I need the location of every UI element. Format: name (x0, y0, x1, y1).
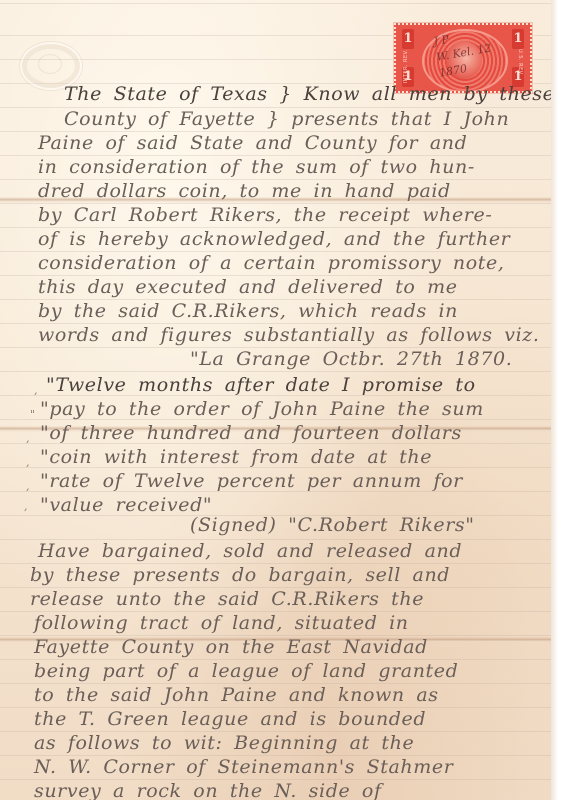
document-body: The State of Texas } Know all men by the… (0, 0, 551, 800)
text-line: dred dollars coin, to me in hand paid (38, 180, 451, 202)
text-line: to the said John Paine and known as (34, 684, 439, 706)
text-line: following tract of land, situated in (34, 612, 409, 634)
signature-line: (Signed) "C.Robert Rikers" (190, 514, 475, 536)
text-line: County of Fayette } presents that I John (64, 108, 509, 130)
text-line: of is hereby acknowledged, and the furth… (38, 228, 510, 250)
text-line: Have bargained, sold and released and (38, 540, 462, 562)
text-line: "value received" (40, 494, 212, 516)
text-line: survey a rock on the N. side of (34, 780, 382, 800)
text-line: words and figures substantially as follo… (38, 324, 540, 346)
text-line: by these presents do bargain, sell and (30, 564, 450, 586)
text-line: The State of Texas } Know all men by the… (64, 83, 554, 105)
text-line: "La Grange Octbr. 27th 1870. (190, 348, 512, 370)
text-line: "of three hundred and fourteen dollars (40, 422, 462, 444)
scan-background (551, 0, 563, 800)
text-line: by Carl Robert Rikers, the receipt where… (38, 204, 492, 226)
text-line: this day executed and delivered to me (38, 276, 458, 298)
text-line: Paine of said State and County for and (38, 132, 467, 154)
text-line: N. W. Corner of Steinemann's Stahmer (34, 756, 453, 778)
text-line: by the said C.R.Rikers, which reads in (38, 300, 458, 322)
document-page: 1 1 1 1 INTER. REV. U.S. REV. J P W. Kel… (0, 0, 552, 800)
text-line: the T. Green league and is bounded (34, 708, 426, 730)
text-line: in consideration of the sum of two hun- (38, 156, 475, 178)
text-line: being part of a league of land granted (34, 660, 458, 682)
text-line: release unto the said C.R.Rikers the (30, 588, 424, 610)
text-line: "Twelve months after date I promise to (46, 374, 476, 396)
text-line: "coin with interest from date at the (40, 446, 432, 468)
text-line: Fayette County on the East Navidad (34, 636, 428, 658)
text-line: "rate of Twelve percent per annum for (40, 470, 463, 492)
text-line: as follows to wit: Beginning at the (34, 732, 414, 754)
text-line: "pay to the order of John Paine the sum (40, 398, 484, 420)
text-line: consideration of a certain promissory no… (38, 252, 505, 274)
